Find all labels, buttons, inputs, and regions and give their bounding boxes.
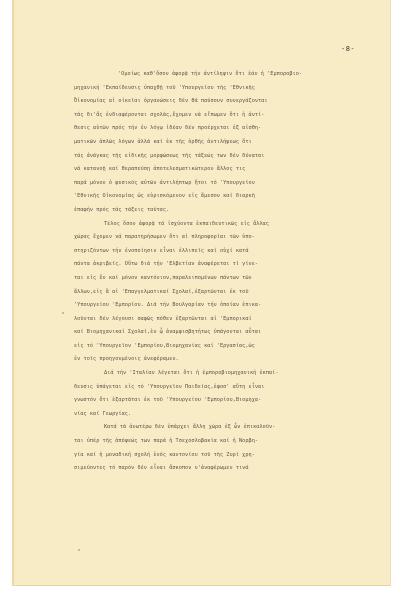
- text-line: Οἰκονομίας αἱ οἰκεῖαι ὀργανώσεις δέν θά …: [74, 95, 374, 109]
- document-page: -8- 'Ομοίως καθ'ὅσον ἀφορᾷ τήν ἀντίληψιν…: [12, 0, 391, 586]
- paragraph-2: Τέλος ὅσον ἀφορᾷ τά ἰσχύοντα ἐκπαιδευτικ…: [74, 218, 374, 368]
- paper-speck: [78, 549, 80, 551]
- text-line: γία καί ἡ μοναδική σχολή ἑνός καντονίου …: [74, 449, 374, 463]
- paragraph-4: Κατά τά ἀνωτέρω δέν ὑπάρχει ἄλλη χώρα ἐξ…: [74, 421, 374, 475]
- page-number: -8-: [341, 45, 355, 53]
- text-line: 'Εθνικῆς Οἰκονομίας ὡς εὑρισκόμενον εἰς …: [74, 190, 374, 204]
- text-line: τάς δι'ἅς ἐνδιαφέρονται σχολάς,ἔχομεν νά…: [74, 109, 374, 123]
- text-line: καί Βιομηχανικαί Σχολαί,ἐν ᾧ ἀναμφισβητή…: [74, 326, 374, 340]
- text-line: σιμεύοντες τό παρόν δέν εἶναι ἄσκοπον ν'…: [74, 462, 374, 476]
- paragraph-3: Διά τήν 'Ιταλίαν λέγεται ὅτι ἡ ἐμποροβιο…: [74, 367, 374, 421]
- text-line: ται εἰς ἕν καί μόνον καντόνιον,παραλειπο…: [74, 272, 374, 286]
- text-line: ἐπαφήν πρός τάς τάξεις ταύτας.: [74, 204, 374, 218]
- text-line: δευσις ὑπάγεται εἰς τό 'Υπουργεῖον Παιδε…: [74, 381, 374, 395]
- text-line: Κατά τά ἀνωτέρω δέν ὑπάρχει ἄλλη χώρα ἐξ…: [74, 421, 374, 435]
- text-line: ματικῶν ἁπλῶς λόγων ἀλλά καί ἐκ τῆς ὀρθῆ…: [74, 136, 374, 150]
- text-line: Διά τήν 'Ιταλίαν λέγεται ὅτι ἡ ἐμποροβιο…: [74, 367, 374, 381]
- text-line: τάς ἀνάγκας τῆς εἰδικῆς μορφώσεως τῆς τά…: [74, 150, 374, 164]
- text-line: νίας καί Γεωργίας.: [74, 408, 374, 422]
- text-line: Τέλος ὅσον ἀφορᾷ τά ἰσχύοντα ἐκπαιδευτικ…: [74, 218, 374, 232]
- text-line: λοῦνται δέν λέγουσι σαφῶς πόθεν ἐξαρτῶντ…: [74, 313, 374, 327]
- text-line: χώρας ἔχομεν νά παρατηρήσωμεν ὅτι αἱ πλη…: [74, 231, 374, 245]
- text-line: νά κατανοῇ καί θεραπεύσῃ ἀποτελεσματικώτ…: [74, 163, 374, 177]
- text-line: πάντα ἀκριβεῖς. Οὕτω διά τήν 'Ελβετίαν ἀ…: [74, 258, 374, 272]
- text-line: μηχανική 'Εκπαίδευσις ὑπαχθῇ τοῦ 'Υπουργ…: [74, 82, 374, 96]
- text-line: θεσις αὐτῶν πρός τήν ἐν λόγῳ ἰδέαν δέν π…: [74, 122, 374, 136]
- text-line: στηριζόντων τήν ἐνοποίησιν εἶναι ἐλλιπεῖ…: [74, 245, 374, 259]
- paragraph-1: 'Ομοίως καθ'ὅσον ἀφορᾷ τήν ἀντίληψιν ὅτι…: [74, 68, 374, 218]
- text-line: γνωστόν ὅτι ἐξαρτᾶται ἐκ τοῦ 'Υπουργείου…: [74, 394, 374, 408]
- text-line: 'Υπουργείου 'Εμπορίου. Διά τήν Βουλγαρία…: [74, 299, 374, 313]
- text-line: παρά μόνον ὁ φυσικός αὐτῶν ἀντιλήπτωρ ἤτ…: [74, 177, 374, 191]
- text-line: ἄλλων,εἰς ἃ αἱ 'Επαγγελματικαί Σχολαί,ἐξ…: [74, 286, 374, 300]
- body-text: 'Ομοίως καθ'ὅσον ἀφορᾷ τήν ἀντίληψιν ὅτι…: [74, 68, 374, 476]
- text-line: 'Ομοίως καθ'ὅσον ἀφορᾷ τήν ἀντίληψιν ὅτι…: [74, 68, 374, 82]
- text-line: εἰς τό 'Υπουργεῖον 'Εμπορίου,Βιομηχανίας…: [74, 340, 374, 354]
- paper-speck: [62, 312, 64, 314]
- text-line: ἐν τοῖς προηγουμένοις ἀνεφέραμεν.: [74, 353, 374, 367]
- text-line: ται ὑπέρ τῆς ἀπόψεώς των παρά ἡ Τσεχοσλο…: [74, 435, 374, 449]
